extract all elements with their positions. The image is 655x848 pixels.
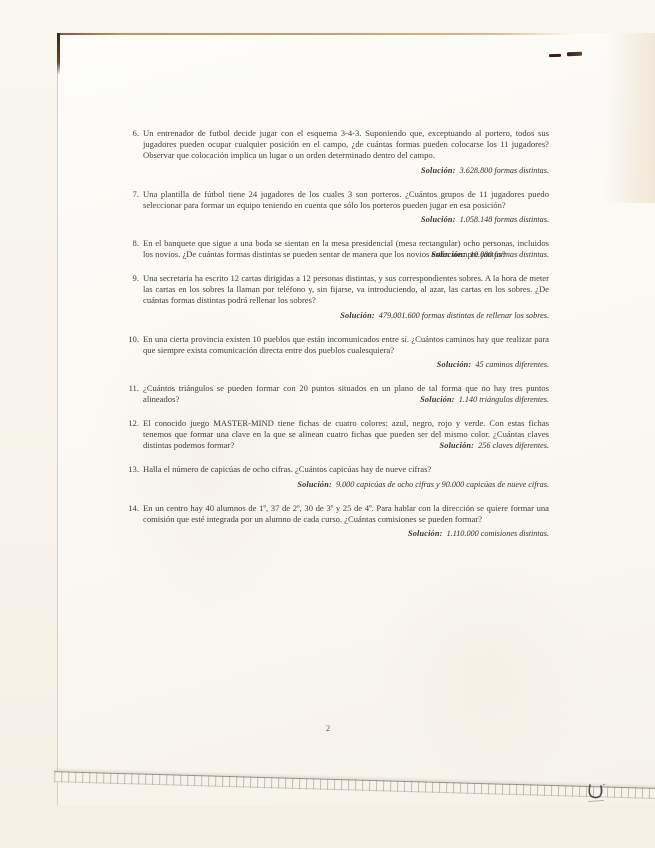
solution-line: Solución: 3.628.800 formas distintas. (143, 165, 549, 176)
solution-text: 1.110.000 comisiones distintas. (447, 529, 549, 538)
solution-text: 9.000 capicúas de ocho cifras y 90.000 c… (336, 480, 549, 489)
solution-line: Solución: 1.140 triángulos diferentes. (143, 394, 549, 405)
problem-text: En un centro hay 40 alumnos de 1º, 37 de… (143, 503, 549, 525)
solution-text: 256 claves diferentes. (478, 441, 549, 450)
problem-number: 13. (125, 464, 139, 490)
solution-label: Solución: (421, 215, 456, 224)
problem-text: Halla el número de capicúas de ocho cifr… (143, 464, 549, 475)
solution-label: Solución: (421, 166, 456, 175)
problem-item: 13. Halla el número de capicúas de ocho … (125, 464, 549, 490)
solution-label: Solución: (437, 360, 472, 369)
scanned-page: 6. Un entrenador de futbol decide jugar … (0, 0, 655, 848)
solution-line: Solución: 1.058.148 formas distintas. (143, 214, 549, 225)
handwritten-mark-icon (585, 781, 609, 807)
paper-top-edge (58, 33, 573, 35)
problem-body: En una cierta provincia existen 10 puebl… (143, 334, 549, 371)
problem-number: 6. (125, 128, 139, 176)
solution-text: 1.058.148 formas distintas. (460, 215, 549, 224)
solution-label: Solución: (431, 250, 466, 259)
solution-label: Solución: (440, 441, 475, 450)
paper-corner-shadow (57, 33, 60, 75)
problem-text: Una secretaria ha escrito 12 cartas diri… (143, 273, 549, 306)
solution-text: 45 caminos diferentes. (475, 360, 549, 369)
solution-line: Solución: 1.110.000 comisiones distintas… (143, 528, 549, 539)
problem-number: 11. (125, 383, 139, 405)
problem-text: Una plantilla de fútbol tiene 24 jugador… (143, 189, 549, 211)
solution-label: Solución: (420, 395, 455, 404)
problem-item: 7. Una plantilla de fútbol tiene 24 juga… (125, 189, 549, 226)
staple-mark-icon (549, 54, 561, 57)
problem-item: 11. ¿Cuántos triángulos se pueden formar… (125, 383, 549, 405)
solution-text: 10.080 formas distintas. (470, 250, 549, 259)
problem-text: En una cierta provincia existen 10 puebl… (143, 334, 549, 356)
problem-number: 9. (125, 273, 139, 321)
solution-line: Solución: 45 caminos diferentes. (143, 359, 549, 370)
solution-text: 1.140 triángulos diferentes. (459, 395, 549, 404)
paper-stain (376, 553, 596, 793)
paper-sheet: 6. Un entrenador de futbol decide jugar … (57, 33, 655, 805)
problem-body: Una plantilla de fútbol tiene 24 jugador… (143, 189, 549, 226)
problem-number: 10. (125, 334, 139, 371)
problem-item: 9. Una secretaria ha escrito 12 cartas d… (125, 273, 549, 321)
problem-body: Un entrenador de futbol decide jugar con… (143, 128, 549, 176)
problem-body: El conocido juego MASTER-MIND tiene fich… (143, 418, 549, 451)
problem-list: 6. Un entrenador de futbol decide jugar … (125, 128, 549, 552)
solution-line: Solución: 479.001.600 formas distintas d… (143, 310, 549, 321)
paper-right-edge-shade (604, 33, 655, 203)
problem-item: 12. El conocido juego MASTER-MIND tiene … (125, 418, 549, 451)
problem-number: 14. (125, 503, 139, 540)
page-number: 2 (316, 723, 340, 733)
problem-body: ¿Cuántos triángulos se pueden formar con… (143, 383, 549, 405)
problem-item: 14. En un centro hay 40 alumnos de 1º, 3… (125, 503, 549, 540)
solution-line: Solución: 9.000 capicúas de ocho cifras … (143, 479, 549, 490)
problem-body: Halla el número de capicúas de ocho cifr… (143, 464, 549, 490)
staple-mark-icon (567, 52, 582, 57)
solution-label: Solución: (297, 480, 332, 489)
problem-item: 6. Un entrenador de futbol decide jugar … (125, 128, 549, 176)
problem-body: En el banquete que sigue a una boda se s… (143, 238, 549, 260)
solution-text: 479.001.600 formas distintas de rellenar… (379, 311, 549, 320)
solution-text: 3.628.800 formas distintas. (460, 166, 549, 175)
problem-item: 8. En el banquete que sigue a una boda s… (125, 238, 549, 260)
problem-number: 12. (125, 418, 139, 451)
problem-number: 8. (125, 238, 139, 260)
solution-label: Solución: (340, 311, 375, 320)
problem-number: 7. (125, 189, 139, 226)
problem-body: En un centro hay 40 alumnos de 1º, 37 de… (143, 503, 549, 540)
problem-body: Una secretaria ha escrito 12 cartas diri… (143, 273, 549, 321)
problem-text: Un entrenador de futbol decide jugar con… (143, 128, 549, 161)
problem-item: 10. En una cierta provincia existen 10 p… (125, 334, 549, 371)
solution-label: Solución: (408, 529, 443, 538)
